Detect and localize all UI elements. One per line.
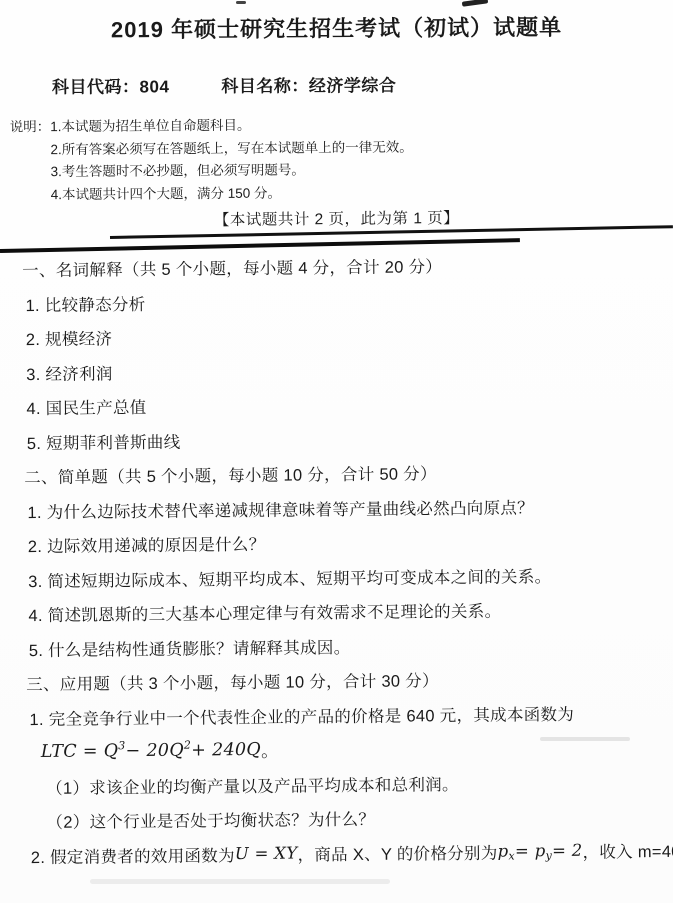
scan-artifact	[236, 1, 246, 4]
notes-list: 1.本试题为招生单位自命题科目。2.所有答案必须写在答题纸上，写在本试题单上的一…	[50, 114, 413, 207]
note-line: 1.本试题为招生单位自命题科目。	[50, 114, 412, 139]
subject-name-label: 科目名称：	[221, 77, 309, 96]
scan-artifact	[462, 0, 488, 7]
notes-block: 说明： 1.本试题为招生单位自命题科目。2.所有答案必须写在答题纸上，写在本试题…	[10, 114, 413, 207]
note-line: 4.本试题共计四个大题，满分 150 分。	[51, 181, 413, 206]
scan-artifact	[90, 879, 390, 884]
notes-label: 说明：	[10, 116, 51, 139]
question-line: 2. 假定消费者的效用函数为 U = XY，商品 X、Y 的价格分别为 px =…	[6, 832, 673, 873]
question-body: 一、名词解释（共 5 个小题，每小题 4 分，合计 20 分）1. 比较静态分析…	[0, 246, 673, 873]
scan-artifact	[540, 737, 630, 741]
subject-code-label: 科目代码：	[52, 77, 140, 96]
note-line: 3.考生答题时不必抄题，但必须写明题号。	[51, 159, 413, 184]
subject-name-value: 经济学综合	[309, 76, 397, 95]
exam-sheet: 2019 年硕士研究生招生考试（初试）试题单 科目代码：804科目名称：经济学综…	[0, 0, 673, 903]
subject-code-value: 804	[139, 77, 169, 96]
note-line: 2.所有答案必须写在答题纸上，写在本试题单上的一律无效。	[50, 136, 412, 161]
page-title: 2019 年硕士研究生招生考试（初试）试题单	[0, 10, 673, 45]
subject-row: 科目代码：804科目名称：经济学综合	[52, 71, 397, 98]
